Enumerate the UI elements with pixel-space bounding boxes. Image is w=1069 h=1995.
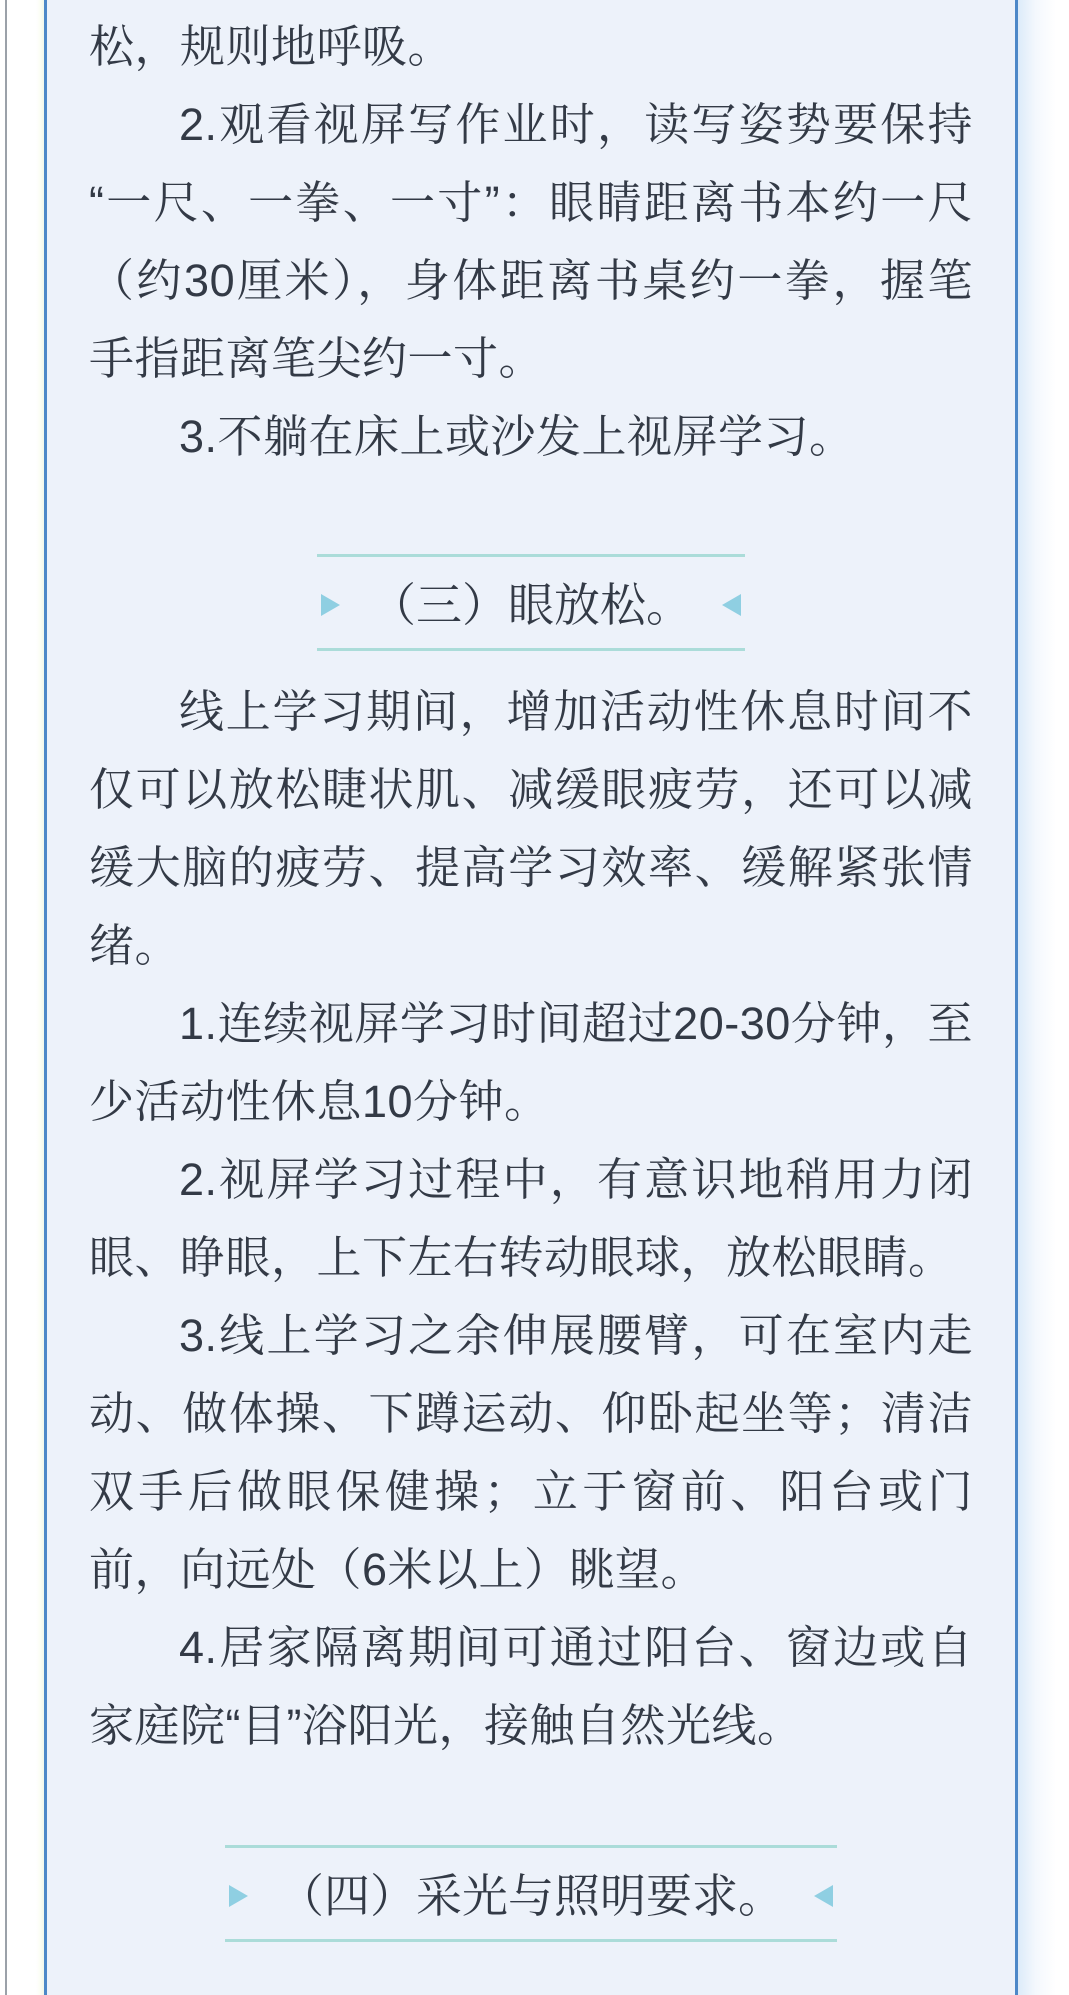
paragraph-1-breathing-continuation: 松，规则地呼吸。	[89, 8, 973, 86]
paragraph-7-stretch-and-gaze: 3.线上学习之余伸展腰臂，可在室内走动、做体操、下蹲运动、仰卧起坐等；清洁双手后…	[89, 1297, 973, 1609]
paragraph-2-reading-posture: 2.观看视屏写作业时，读写姿势要保持“一尺、一拳、一寸”：眼睛距离书本约一尺（约…	[89, 86, 973, 398]
article-page: { "theme": { "card_bg": "#edf2fa", "text…	[0, 0, 1069, 1995]
triangle-left-icon	[814, 1885, 833, 1907]
section-heading-label: （三）眼放松。	[370, 574, 692, 636]
paragraph-3-no-lying-down: 3.不躺在床上或沙发上视屏学习。	[89, 398, 973, 476]
section-heading-label: （四）采光与照明要求。	[278, 1865, 784, 1927]
paragraph-4-active-rest-benefits: 线上学习期间，增加活动性休息时间不仅可以放松睫状肌、减缓眼疲劳，还可以减缓大脑的…	[89, 673, 973, 985]
paragraph-6-eye-exercise: 2.视屏学习过程中，有意识地稍用力闭眼、睁眼，上下左右转动眼球，放松眼睛。	[89, 1141, 973, 1297]
section-heading-lighting: （四）采光与照明要求。	[225, 1845, 837, 1942]
triangle-left-icon	[722, 594, 741, 616]
paragraph-8-sunlight: 4.居家隔离期间可通过阳台、窗边或自家庭院“目”浴阳光，接触自然光线。	[89, 1609, 973, 1765]
triangle-right-icon	[229, 1885, 248, 1907]
triangle-right-icon	[321, 594, 340, 616]
left-hairline-divider	[5, 0, 7, 1995]
section-heading-eye-relax: （三）眼放松。	[317, 554, 745, 651]
page-left-gutter	[0, 0, 44, 1995]
paragraph-5-rest-interval: 1.连续视屏学习时间超过20-30分钟，至少活动性休息10分钟。	[89, 985, 973, 1141]
article-card: 松，规则地呼吸。 2.观看视屏写作业时，读写姿势要保持“一尺、一拳、一寸”：眼睛…	[44, 0, 1018, 1995]
article-body: 松，规则地呼吸。 2.观看视屏写作业时，读写姿势要保持“一尺、一拳、一寸”：眼睛…	[47, 0, 1015, 1942]
page-right-gutter	[1018, 0, 1069, 1995]
